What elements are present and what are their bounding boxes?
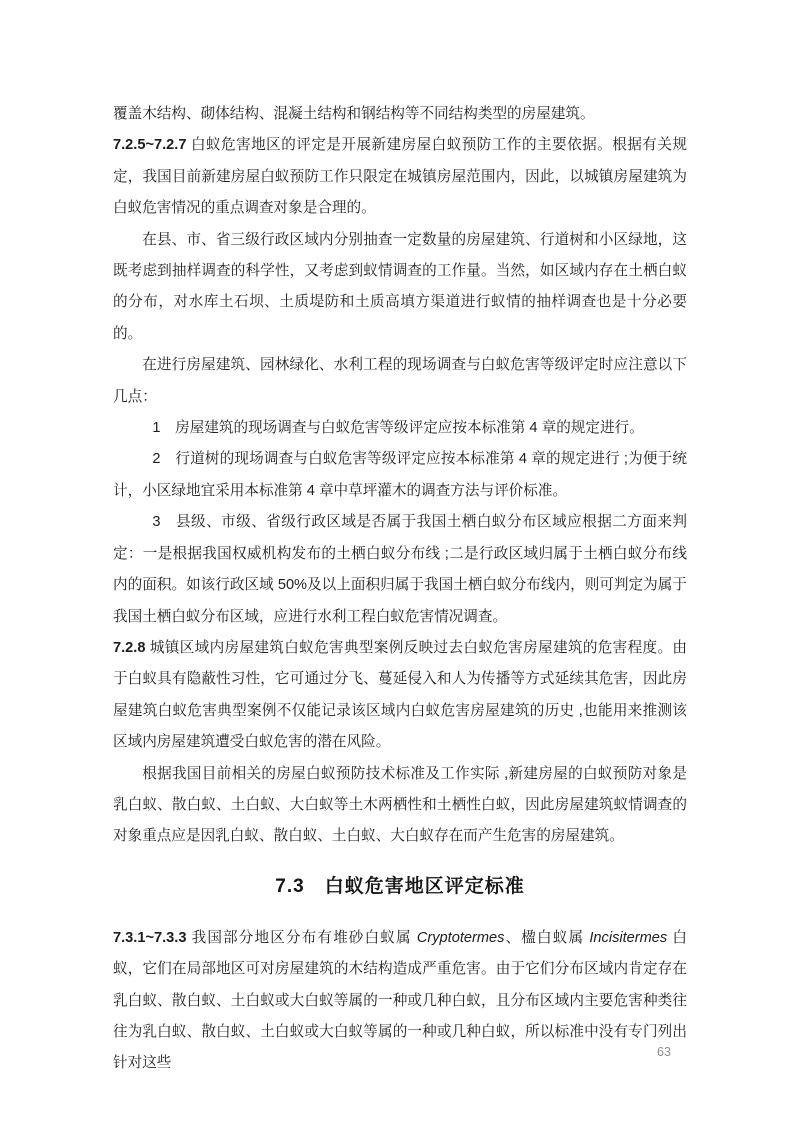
clause-number: 7.2.5~7.2.7 [113, 137, 191, 153]
text-run: 白蚁，它们在局部地区可对房屋建筑的木结构造成严重危害。由于它们分布区域内肯定存在… [113, 930, 687, 1072]
para-notes-intro: 在进行房屋建筑、园林绿化、水利工程的现场调查与白蚁危害等级评定时应注意以下几点： [113, 350, 687, 413]
text-run: 我国部分地区分布有堆砂白蚁属 [192, 930, 417, 946]
text-run: 根据我国目前相关的房屋白蚁预防技术标准及工作实际 ,新建房屋的白蚁预防对象是乳白… [113, 766, 687, 845]
text-run: 白蚁危害地区的评定是开展新建房屋白蚁预防工作的主要依据。根据有关规定，我国目前新… [113, 137, 687, 216]
list-item-3: 3 县级、市级、省级行政区域是否属于我国土栖白蚁分布区域应根据二方面来判定：一是… [113, 507, 687, 633]
para-structure-types: 覆盖木结构、砌体结构、混凝土结构和钢结构等不同结构类型的房屋建筑。 [113, 99, 687, 130]
clause-number: 7.3.1~7.3.3 [113, 930, 192, 946]
page-number: 63 [657, 1044, 671, 1060]
para-7-3-1: 7.3.1~7.3.3 我国部分地区分布有堆砂白蚁属 Cryptotermes、… [113, 923, 687, 1080]
list-item-1: 1 房屋建筑的现场调查与白蚁危害等级评定应按本标准第 4 章的规定进行。 [113, 413, 687, 444]
para-prevention-targets: 根据我国目前相关的房屋白蚁预防技术标准及工作实际 ,新建房屋的白蚁预防对象是乳白… [113, 759, 687, 853]
clause-number: 7.2.8 [113, 640, 150, 656]
document-page: 覆盖木结构、砌体结构、混凝土结构和钢结构等不同结构类型的房屋建筑。7.2.5~7… [0, 0, 800, 1130]
text-run: 城镇区域内房屋建筑白蚁危害典型案例反映过去白蚁危害房屋建筑的危害程度。由于白蚁具… [113, 640, 687, 750]
list-item-2: 2 行道树的现场调查与白蚁危害等级评定应按本标准第 4 章的规定进行 ;为便于统… [113, 444, 687, 507]
text-run: 1 房屋建筑的现场调查与白蚁危害等级评定应按本标准第 4 章的规定进行。 [152, 420, 643, 436]
species-name: Incisitermes [589, 930, 667, 946]
para-7-2-5: 7.2.5~7.2.7 白蚁危害地区的评定是开展新建房屋白蚁预防工作的主要依据。… [113, 130, 687, 224]
text-run: 在县、市、省三级行政区域内分别抽查一定数量的房屋建筑、行道树和小区绿地，这既考虑… [113, 232, 687, 342]
text-run: 覆盖木结构、砌体结构、混凝土结构和钢结构等不同结构类型的房屋建筑。 [113, 106, 595, 122]
doc-body: 覆盖木结构、砌体结构、混凝土结构和钢结构等不同结构类型的房屋建筑。7.2.5~7… [113, 99, 687, 1080]
text-run: 在进行房屋建筑、园林绿化、水利工程的现场调查与白蚁危害等级评定时应注意以下几点： [113, 357, 687, 404]
species-name: Cryptotermes [417, 930, 505, 946]
text-run: 、楹白蚁属 [504, 930, 589, 946]
text-run: 3 县级、市级、省级行政区域是否属于我国土栖白蚁分布区域应根据二方面来判定：一是… [113, 514, 687, 624]
text-run: 2 行道树的现场调查与白蚁危害等级评定应按本标准第 4 章的规定进行 ;为便于统… [113, 451, 687, 498]
para-sampling-survey: 在县、市、省三级行政区域内分别抽查一定数量的房屋建筑、行道树和小区绿地，这既考虑… [113, 225, 687, 351]
heading-7-3: 7.3 白蚁危害地区评定标准 [113, 867, 687, 907]
para-7-2-8: 7.2.8 城镇区域内房屋建筑白蚁危害典型案例反映过去白蚁危害房屋建筑的危害程度… [113, 633, 687, 759]
